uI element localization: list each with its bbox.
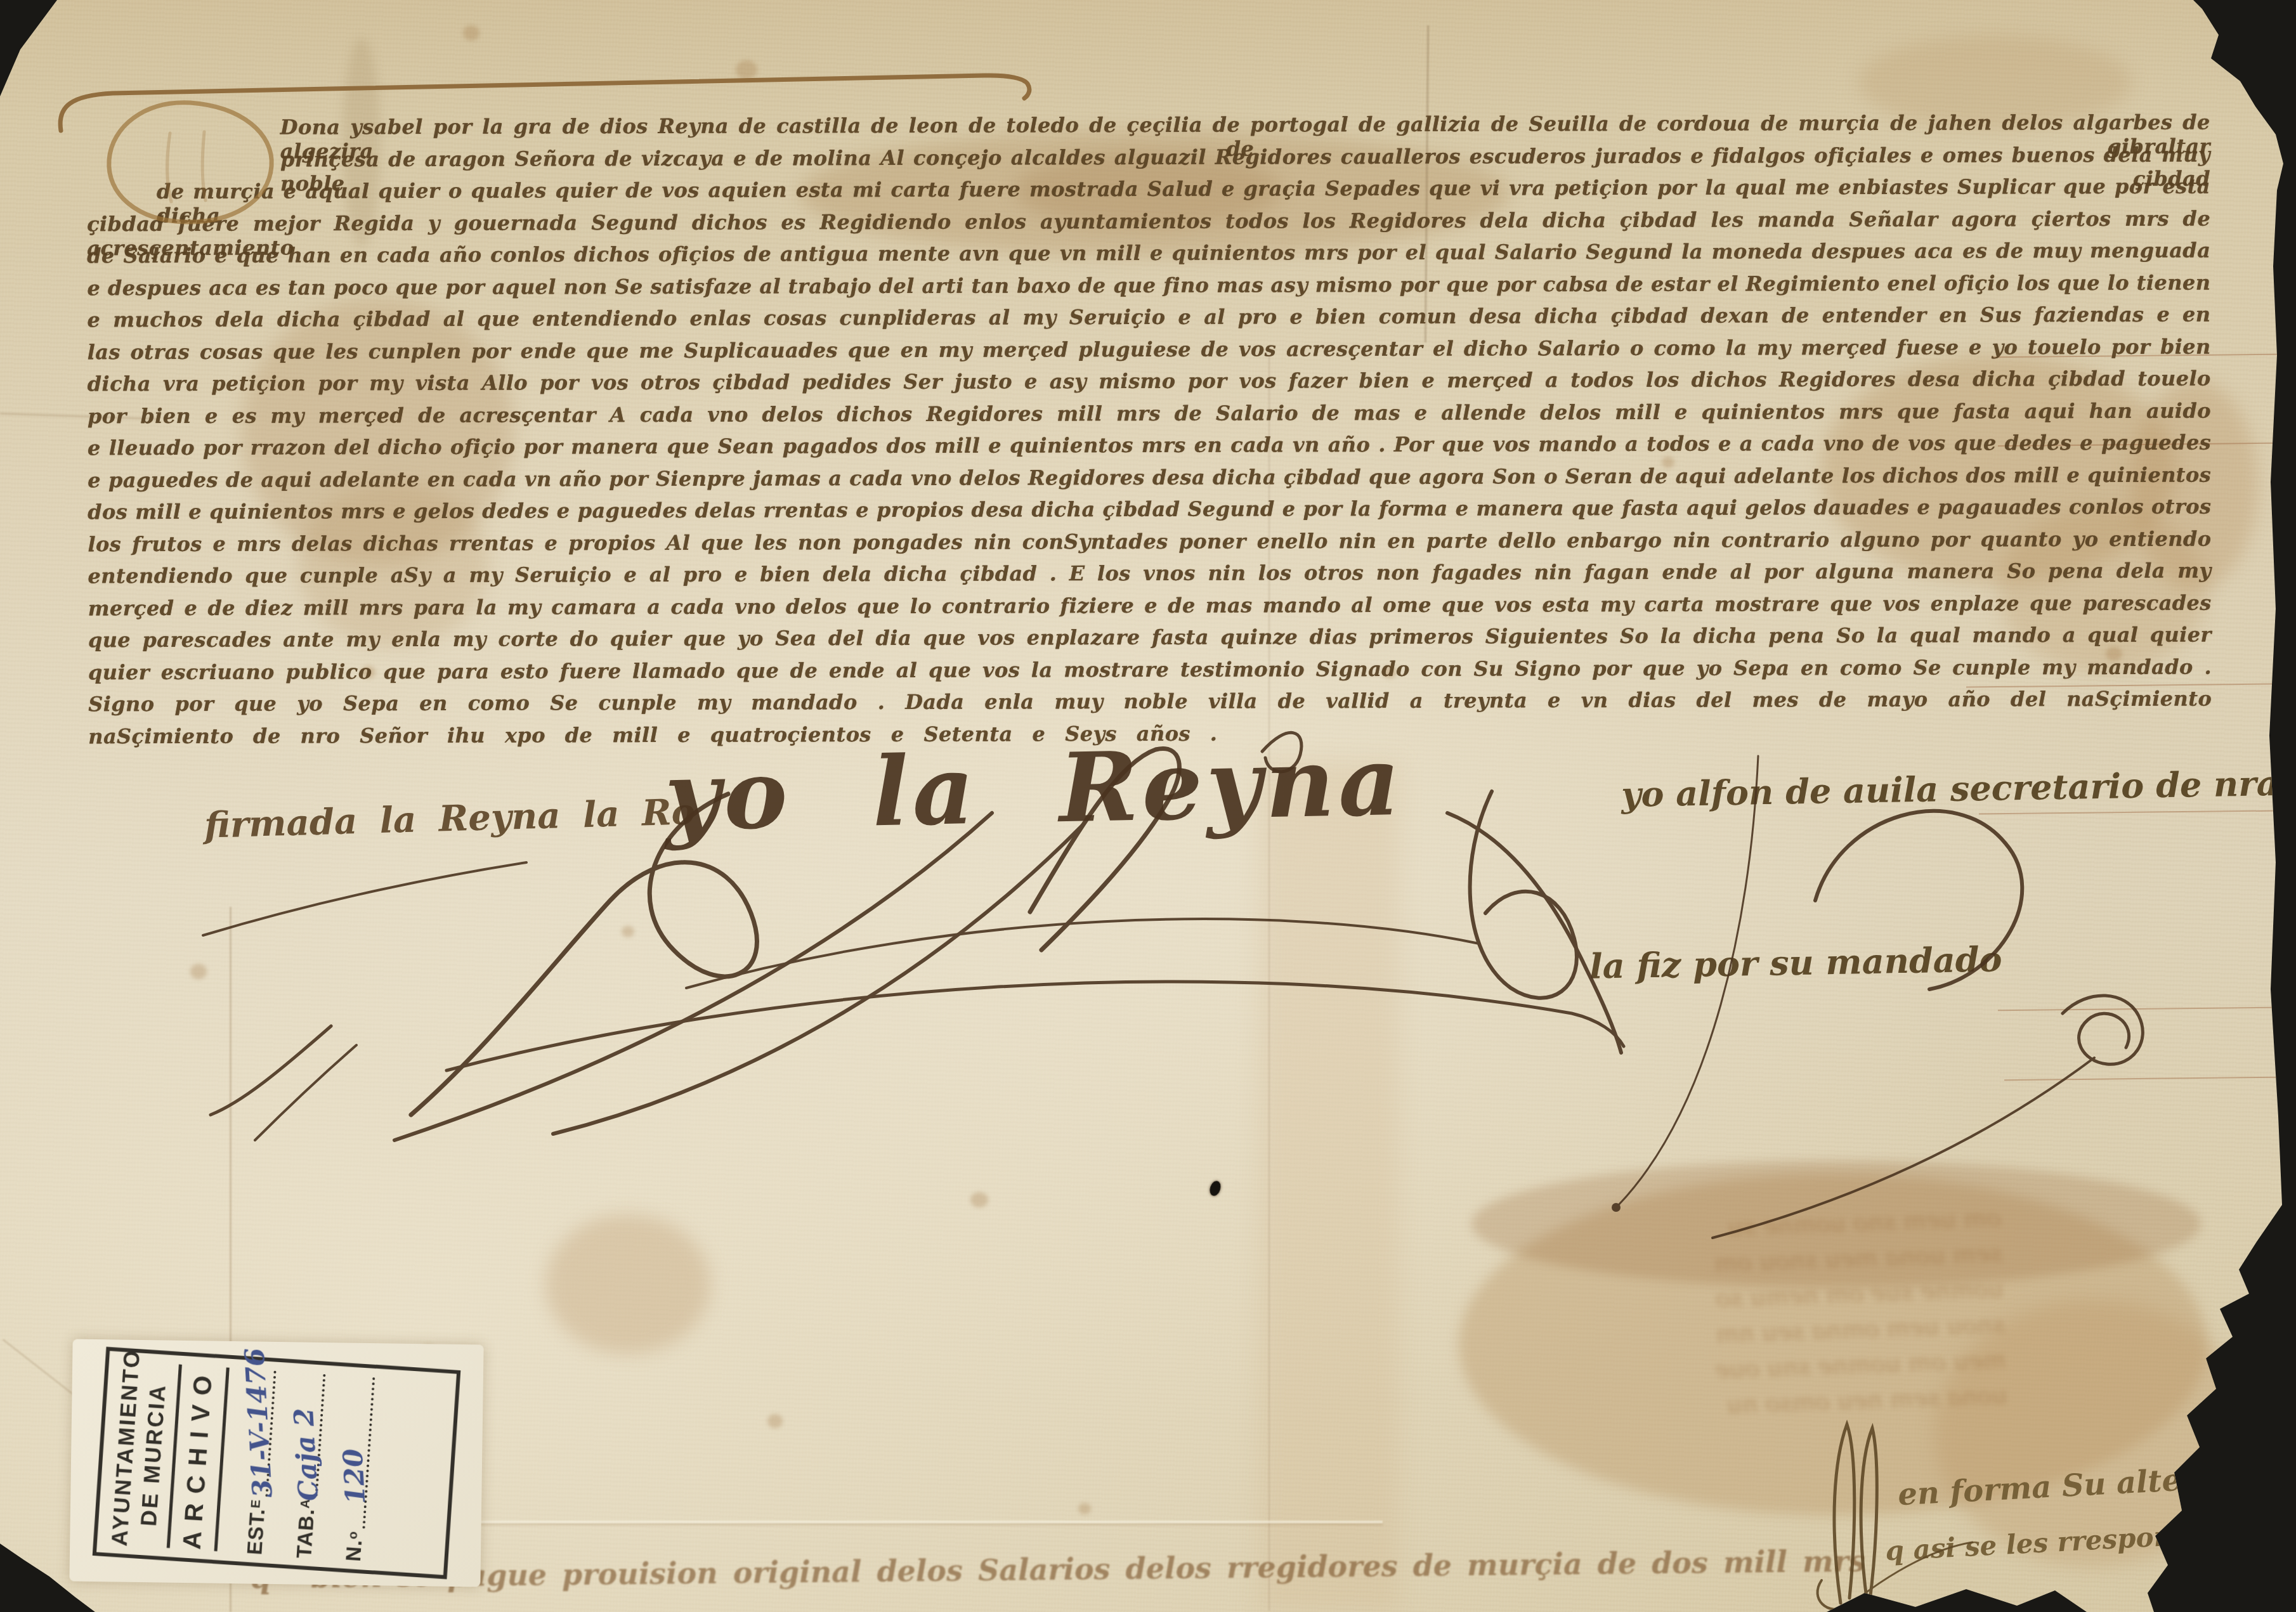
margin-hairline [1998, 1007, 2277, 1011]
chancery-note-left: firmada la Reyna la Ro [204, 791, 695, 847]
manuscript-line: Signo por que yo Sepa en como Se cunple … [88, 687, 2212, 724]
manuscript-line: merçed e de diez mill mrs para la my cam… [88, 590, 2212, 628]
margin-hairline [1979, 810, 2277, 815]
stamp-row-sup: o [346, 1531, 361, 1540]
fox-spot [970, 1192, 988, 1207]
ghost-text: om uem sno uomne su sem uona meu snou om… [1518, 1200, 2007, 1429]
manuscript-line: e paguedes de aqui adelante en cada vn a… [88, 462, 2211, 500]
stain [545, 1214, 710, 1354]
wormhole [1208, 1180, 1223, 1197]
stamp-row-sup: E [249, 1499, 264, 1509]
fox-spot [767, 1414, 783, 1428]
manuscript-line: entendiendo que cunple aSy a my Seruiçio… [88, 559, 2212, 596]
manuscript-line: prinçesa de aragon Señora de vizcaya e d… [87, 142, 2210, 179]
archive-stamp: AYUNTAMIENTO DE MURCIA ARCHIVO EST.E 31-… [93, 1347, 461, 1579]
manuscript-line: las otras cosas que les cunplen por ende… [88, 334, 2211, 372]
bottom-right-note-line1: en forma Su alteza plaze [1897, 1455, 2296, 1513]
stamp-row-tab: TAB.A Caja 2 [288, 1371, 328, 1559]
parchment: om uem sno uomne su sem uona meu snou om… [0, 0, 2296, 1612]
clerk-rubric [1818, 1424, 1973, 1611]
secretary-note-line2: la fiz por su mandado [1589, 939, 2002, 986]
stamp-row-num: N.o 120 [337, 1374, 377, 1562]
photo-backdrop: om uem sno uomne su sem uona meu snou om… [0, 0, 2296, 1612]
manuscript-line: por bien e es my merçed de acresçentar A… [88, 398, 2211, 436]
fox-spot [622, 926, 634, 937]
manuscript-line: e despues aca es tan poco que por aquel … [87, 270, 2210, 308]
stamp-value-est: 31-V-1476 [239, 1347, 278, 1498]
margin-hairline [2004, 1077, 2277, 1081]
manuscript-line: Dona ysabel por la gra de dios Reyna de … [87, 110, 2210, 148]
secretary-rubric-knot [2063, 996, 2143, 1064]
stamp-dept: ARCHIVO [175, 1363, 221, 1552]
manuscript-line: dicha vra petiçion por my vista Allo por… [88, 367, 2211, 404]
stamp-row-est: EST.E 31-V-1476 [238, 1368, 278, 1556]
manuscript-text: Dona ysabel por la gra de dios Reyna de … [87, 110, 2212, 757]
manuscript-line: e muchos dela dicha çibdad al que entend… [87, 302, 2210, 340]
fox-spot [1078, 1503, 1091, 1514]
stamp-value-tab: Caja 2 [288, 1407, 324, 1502]
manuscript-line: los frutos e mrs delas dichas rrentas e … [88, 526, 2211, 564]
manuscript-line: çibdad fuere mejor Regida y gouernada Se… [87, 206, 2210, 244]
stamp-row-label: N. [341, 1538, 367, 1562]
stamp-value-num: 120 [337, 1448, 371, 1505]
stamp-row-label: TAB. [292, 1508, 319, 1559]
bottom-right-note-line2: q asi se les rrespondio alos rregidores [1884, 1506, 2296, 1567]
manuscript-line: dos mill e quinientos mrs e gelos dedes … [88, 495, 2211, 532]
faded-archival-note: q~ bien se pague prouision original delo… [251, 1544, 1865, 1596]
queen-signature: yo la Reyna [663, 725, 1405, 852]
stain [1259, 761, 1399, 1612]
archive-label-patch: AYUNTAMIENTO DE MURCIA ARCHIVO EST.E 31-… [69, 1339, 483, 1587]
manuscript-line: de Salario e que han en cada año conlos … [87, 238, 2210, 276]
stamp-row-label: EST. [242, 1507, 270, 1556]
fox-spot [736, 60, 757, 79]
fox-spot [463, 25, 479, 41]
manuscript-line: que parescades ante my enla my corte do … [88, 623, 2212, 660]
fox-spot [190, 964, 207, 979]
manuscript-line: quier escriuano publico que para esto fu… [88, 654, 2212, 692]
manuscript-line: de murçia e aqual quier o quales quier d… [87, 174, 2210, 212]
manuscript-line: e lleuado por rrazon del dicho ofiçio po… [88, 431, 2211, 468]
secretary-note-line1: yo alfon de auila secretario de nra [1621, 763, 2280, 815]
